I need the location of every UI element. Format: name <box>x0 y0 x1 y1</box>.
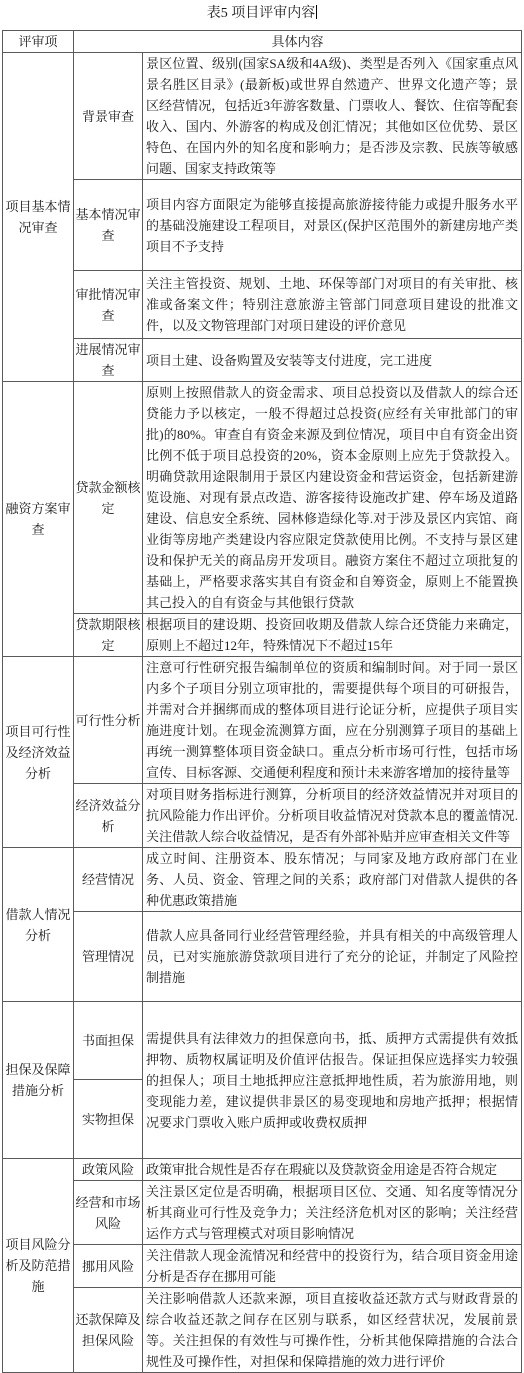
page-title[interactable]: 表5 项目评审内容 <box>0 5 524 23</box>
row-label-market-risk[interactable]: 经营和市场风险 <box>74 1181 143 1245</box>
content-approval-review[interactable]: 关注主管投资、规划、土地、环保等部门对项目的有关审批、核准或备案文件；特别注意旅… <box>143 271 522 339</box>
table-row: 管理情况 借款人应具备同行业经营管理经验，并具有相关的中高级管理人员，已对实施旅… <box>3 912 522 1002</box>
content-management[interactable]: 借款人应具备同行业经营管理经验，并具有相关的中高级管理人员，已对实施旅游贷款项目… <box>143 912 522 1002</box>
table-row: 经济效益分析 对项目财务指标进行测算，分析项目的经济效益情况并对项目的抗风险能力… <box>3 784 522 848</box>
group-borrower-analysis[interactable]: 借款人情况分析 <box>3 848 74 1002</box>
table-row: 借款人情况分析 经营情况 成立时间、注册资本、股东情况；与同家及地方政府部门在业… <box>3 848 522 912</box>
table-row: 项目基本情况审查 背景审查 景区位置、级别(国家SA级和4A级)、类型是否列入《… <box>3 53 522 180</box>
review-table: 评审项 具体内容 项目基本情况审查 背景审查 景区位置、级别(国家SA级和4A级… <box>2 30 522 1373</box>
row-label-basic-review[interactable]: 基本情况审查 <box>74 180 143 271</box>
row-label-background-review[interactable]: 背景审查 <box>74 53 143 180</box>
text-cursor <box>316 5 317 19</box>
row-label-written-guarantee[interactable]: 书面担保 <box>74 1002 143 1080</box>
table-row: 挪用风险 关注借款人现金流情况和经营中的投资行为，结合项目资金用途分析是否存在挪… <box>3 1245 522 1288</box>
document-page: 表5 项目评审内容 评审项 具体内容 项目基本情况审查 背景审查 景区位置、级别… <box>0 0 524 1373</box>
table-row: 审批情况审查 关注主管投资、规划、土地、环保等部门对项目的有关审批、核准或备案文… <box>3 271 522 339</box>
group-project-basic-review[interactable]: 项目基本情况审查 <box>3 53 74 382</box>
row-label-operation[interactable]: 经营情况 <box>74 848 143 912</box>
table-row: 项目风险分析及防范措施 政策风险 政策审批合规性是否存在瑕疵以及贷款资金用途是否… <box>3 1159 522 1181</box>
row-label-misappropriation-risk[interactable]: 挪用风险 <box>74 1245 143 1288</box>
table-row: 进展情况审查 项目土建、设备购置及安装等支付进度，完工进度 <box>3 339 522 382</box>
table-row: 贷款期限核定 根据项目的建设期、投资回收期及借款人综合还贷能力来确定，原则上不超… <box>3 614 522 657</box>
content-guarantee-merged[interactable]: 需提供具有法律效力的担保意向书，抵、质押方式需提供有效抵押物、质物权属证明及价值… <box>143 1002 522 1159</box>
content-repayment-risk[interactable]: 关注影响借款人还款来源，项目直接收益还款方式与财政背景的综合收益还款之间存在区别… <box>143 1288 522 1373</box>
content-economic-benefit[interactable]: 对项目财务指标进行测算，分析项目的经济效益情况并对项目的抗风险能力作出评价。分析… <box>143 784 522 848</box>
table-row: 融资方案审查 贷款金额核定 原则上按照借款人的资金需求、项目总投资以及借款人的综… <box>3 382 522 614</box>
content-feasibility[interactable]: 注意可行性研究报告编制单位的资质和编制时间。对于同一景区内多个子项目分别立项审批… <box>143 657 522 784</box>
table-row: 项目可行性及经济效益分析 可行性分析 注意可行性研究报告编制单位的资质和编制时间… <box>3 657 522 784</box>
row-label-progress-review[interactable]: 进展情况审查 <box>74 339 143 382</box>
row-label-repayment-risk[interactable]: 还款保障及担保风险 <box>74 1288 143 1373</box>
table-header-row: 评审项 具体内容 <box>3 31 522 53</box>
content-progress-review[interactable]: 项目土建、设备购置及安装等支付进度，完工进度 <box>143 339 522 382</box>
group-feasibility-analysis[interactable]: 项目可行性及经济效益分析 <box>3 657 74 848</box>
header-cell-content[interactable]: 具体内容 <box>74 31 522 53</box>
table-row: 经营和市场风险 关注景区定位是否明确，根据项目区位、交通、知名度等情况分析其商业… <box>3 1181 522 1245</box>
content-operation[interactable]: 成立时间、注册资本、股东情况；与同家及地方政府部门在业务、人员、资金、管理之间的… <box>143 848 522 912</box>
row-label-economic-benefit[interactable]: 经济效益分析 <box>74 784 143 848</box>
row-label-management[interactable]: 管理情况 <box>74 912 143 1002</box>
content-background-review[interactable]: 景区位置、级别(国家SA级和4A级)、类型是否列入《国家重点风景名胜区目录》(最… <box>143 53 522 180</box>
page-title-text: 表5 项目评审内容 <box>207 6 316 21</box>
content-loan-amount[interactable]: 原则上按照借款人的资金需求、项目总投资以及借款人的综合还贷能力予以核定，一般不得… <box>143 382 522 614</box>
group-financing-plan-review[interactable]: 融资方案审查 <box>3 382 74 657</box>
row-label-loan-amount[interactable]: 贷款金额核定 <box>74 382 143 614</box>
group-guarantee-analysis[interactable]: 担保及保障措施分析 <box>3 1002 74 1159</box>
header-cell-review-item[interactable]: 评审项 <box>3 31 74 53</box>
table-row: 还款保障及担保风险 关注影响借款人还款来源，项目直接收益还款方式与财政背景的综合… <box>3 1288 522 1373</box>
row-label-approval-review[interactable]: 审批情况审查 <box>74 271 143 339</box>
table-row: 基本情况审查 项目内容方面限定为能够直接提高旅游接待能力或提升服务水平的基础没施… <box>3 180 522 271</box>
content-misappropriation-risk[interactable]: 关注借款人现金流情况和经营中的投资行为，结合项目资金用途分析是否存在挪用可能 <box>143 1245 522 1288</box>
content-market-risk[interactable]: 关注景区定位是否明确，根据项目区位、交通、知名度等情况分析其商业可行性及竞争力；… <box>143 1181 522 1245</box>
row-label-loan-term[interactable]: 贷款期限核定 <box>74 614 143 657</box>
table-row: 担保及保障措施分析 书面担保 需提供具有法律效力的担保意向书，抵、质押方式需提供… <box>3 1002 522 1080</box>
content-basic-review[interactable]: 项目内容方面限定为能够直接提高旅游接待能力或提升服务水平的基础没施建设工程项目，… <box>143 180 522 271</box>
row-label-feasibility[interactable]: 可行性分析 <box>74 657 143 784</box>
content-loan-term[interactable]: 根据项目的建设期、投资回收期及借款人综合还贷能力来确定，原则上不超过12年，特殊… <box>143 614 522 657</box>
row-label-policy-risk[interactable]: 政策风险 <box>74 1159 143 1181</box>
content-policy-risk[interactable]: 政策审批合规性是否存在瑕疵以及贷款资金用途是否符合规定 <box>143 1159 522 1181</box>
row-label-physical-guarantee[interactable]: 实物担保 <box>74 1080 143 1159</box>
group-risk-analysis[interactable]: 项目风险分析及防范措施 <box>3 1159 74 1373</box>
